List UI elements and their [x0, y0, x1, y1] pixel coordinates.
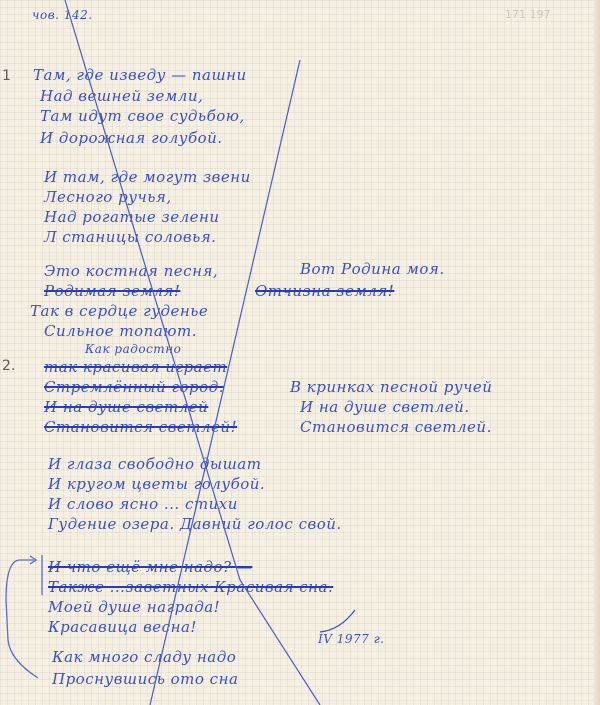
poem-line-struck: И что ещё мне надо? —: [48, 558, 252, 576]
poem-line-struck: И на душе светлей: [44, 398, 208, 416]
poem-line: В кринках песной ручей: [290, 378, 492, 396]
poem-line: И кругом цветы голубой.: [48, 475, 265, 493]
poem-line: И на душе светлей.: [300, 398, 470, 416]
poem-line: Лесного ручья,: [44, 188, 172, 206]
poem-line-struck: Стремлённый город.: [44, 378, 224, 396]
poem-line-struck: Отчизна земля!: [255, 282, 394, 300]
poem-line-insert: Как радостно: [85, 342, 181, 356]
poem-line: Над вешней земли,: [40, 87, 203, 105]
poem-line: И дорожная голубой.: [40, 129, 223, 147]
poem-line: Гудение озера. Давний голос свой.: [48, 515, 342, 533]
manuscript-page: чов. 142. 171 197 1 Там, где изведу — па…: [0, 0, 600, 705]
poem-line-struck: Становится светлей!: [44, 418, 237, 436]
poem-line: Так в сердце гуденье: [30, 302, 208, 320]
section-number-2: 2.: [2, 358, 15, 374]
poem-line: И слово ясно ... стихи: [48, 495, 238, 513]
poem-line: Становится светлей.: [300, 418, 492, 436]
poem-line-insert: Вот Родина моя.: [300, 260, 445, 278]
poem-line-struck: так красивая играет: [44, 358, 227, 376]
poem-line: Проснувшись ото сна: [52, 670, 238, 688]
poem-line: Над рогатые зелени: [44, 208, 220, 226]
poem-line-struck: Родимая земля!: [44, 282, 180, 300]
poem-line: И там, где могут звени: [44, 168, 251, 186]
poem-line: Л станицы соловья.: [44, 228, 216, 246]
date-mark: IV 1977 г.: [318, 632, 384, 646]
poem-line: Как много сладу надо: [52, 648, 236, 666]
poem-line: Моей душе награда!: [48, 598, 220, 616]
section-number-1: 1: [2, 68, 11, 84]
poem-line: Сильное топают.: [44, 322, 197, 340]
header-reference: чов. 142.: [32, 8, 93, 22]
poem-line-struck: Также ...заветных Красивая сна.: [48, 578, 333, 596]
poem-line: Это костная песня,: [44, 262, 218, 280]
page-edge: [594, 0, 600, 705]
poem-line: И глаза свободно дышат: [48, 455, 261, 473]
poem-line: Там идут свое судьбою,: [40, 107, 245, 125]
poem-line: Красавица весна!: [48, 618, 197, 636]
pencil-mark: 171 197: [505, 8, 551, 21]
poem-line: Там, где изведу — пашни: [33, 66, 247, 84]
